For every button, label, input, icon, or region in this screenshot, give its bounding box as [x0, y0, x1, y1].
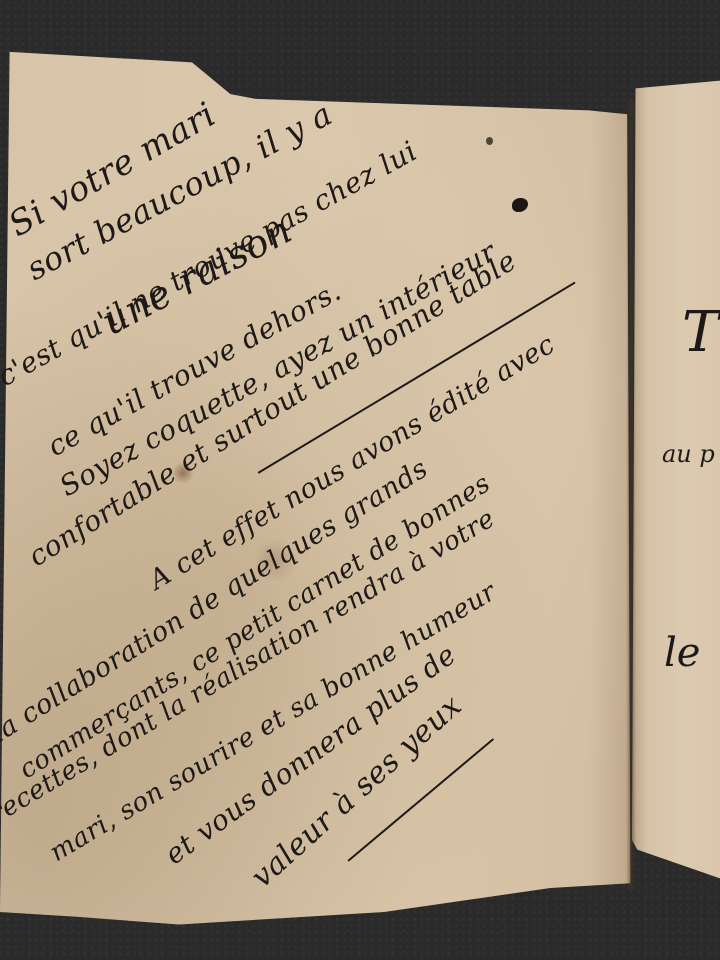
right-page-fragment: au p [662, 440, 715, 468]
right-page-fragment: T [682, 300, 719, 365]
ink-speck [486, 137, 493, 145]
photo-scene: Si votre mari sort beaucoup, il y a une … [0, 0, 720, 960]
right-page-fragment: le [664, 630, 700, 676]
book-gutter [626, 100, 636, 890]
right-page [632, 0, 720, 960]
